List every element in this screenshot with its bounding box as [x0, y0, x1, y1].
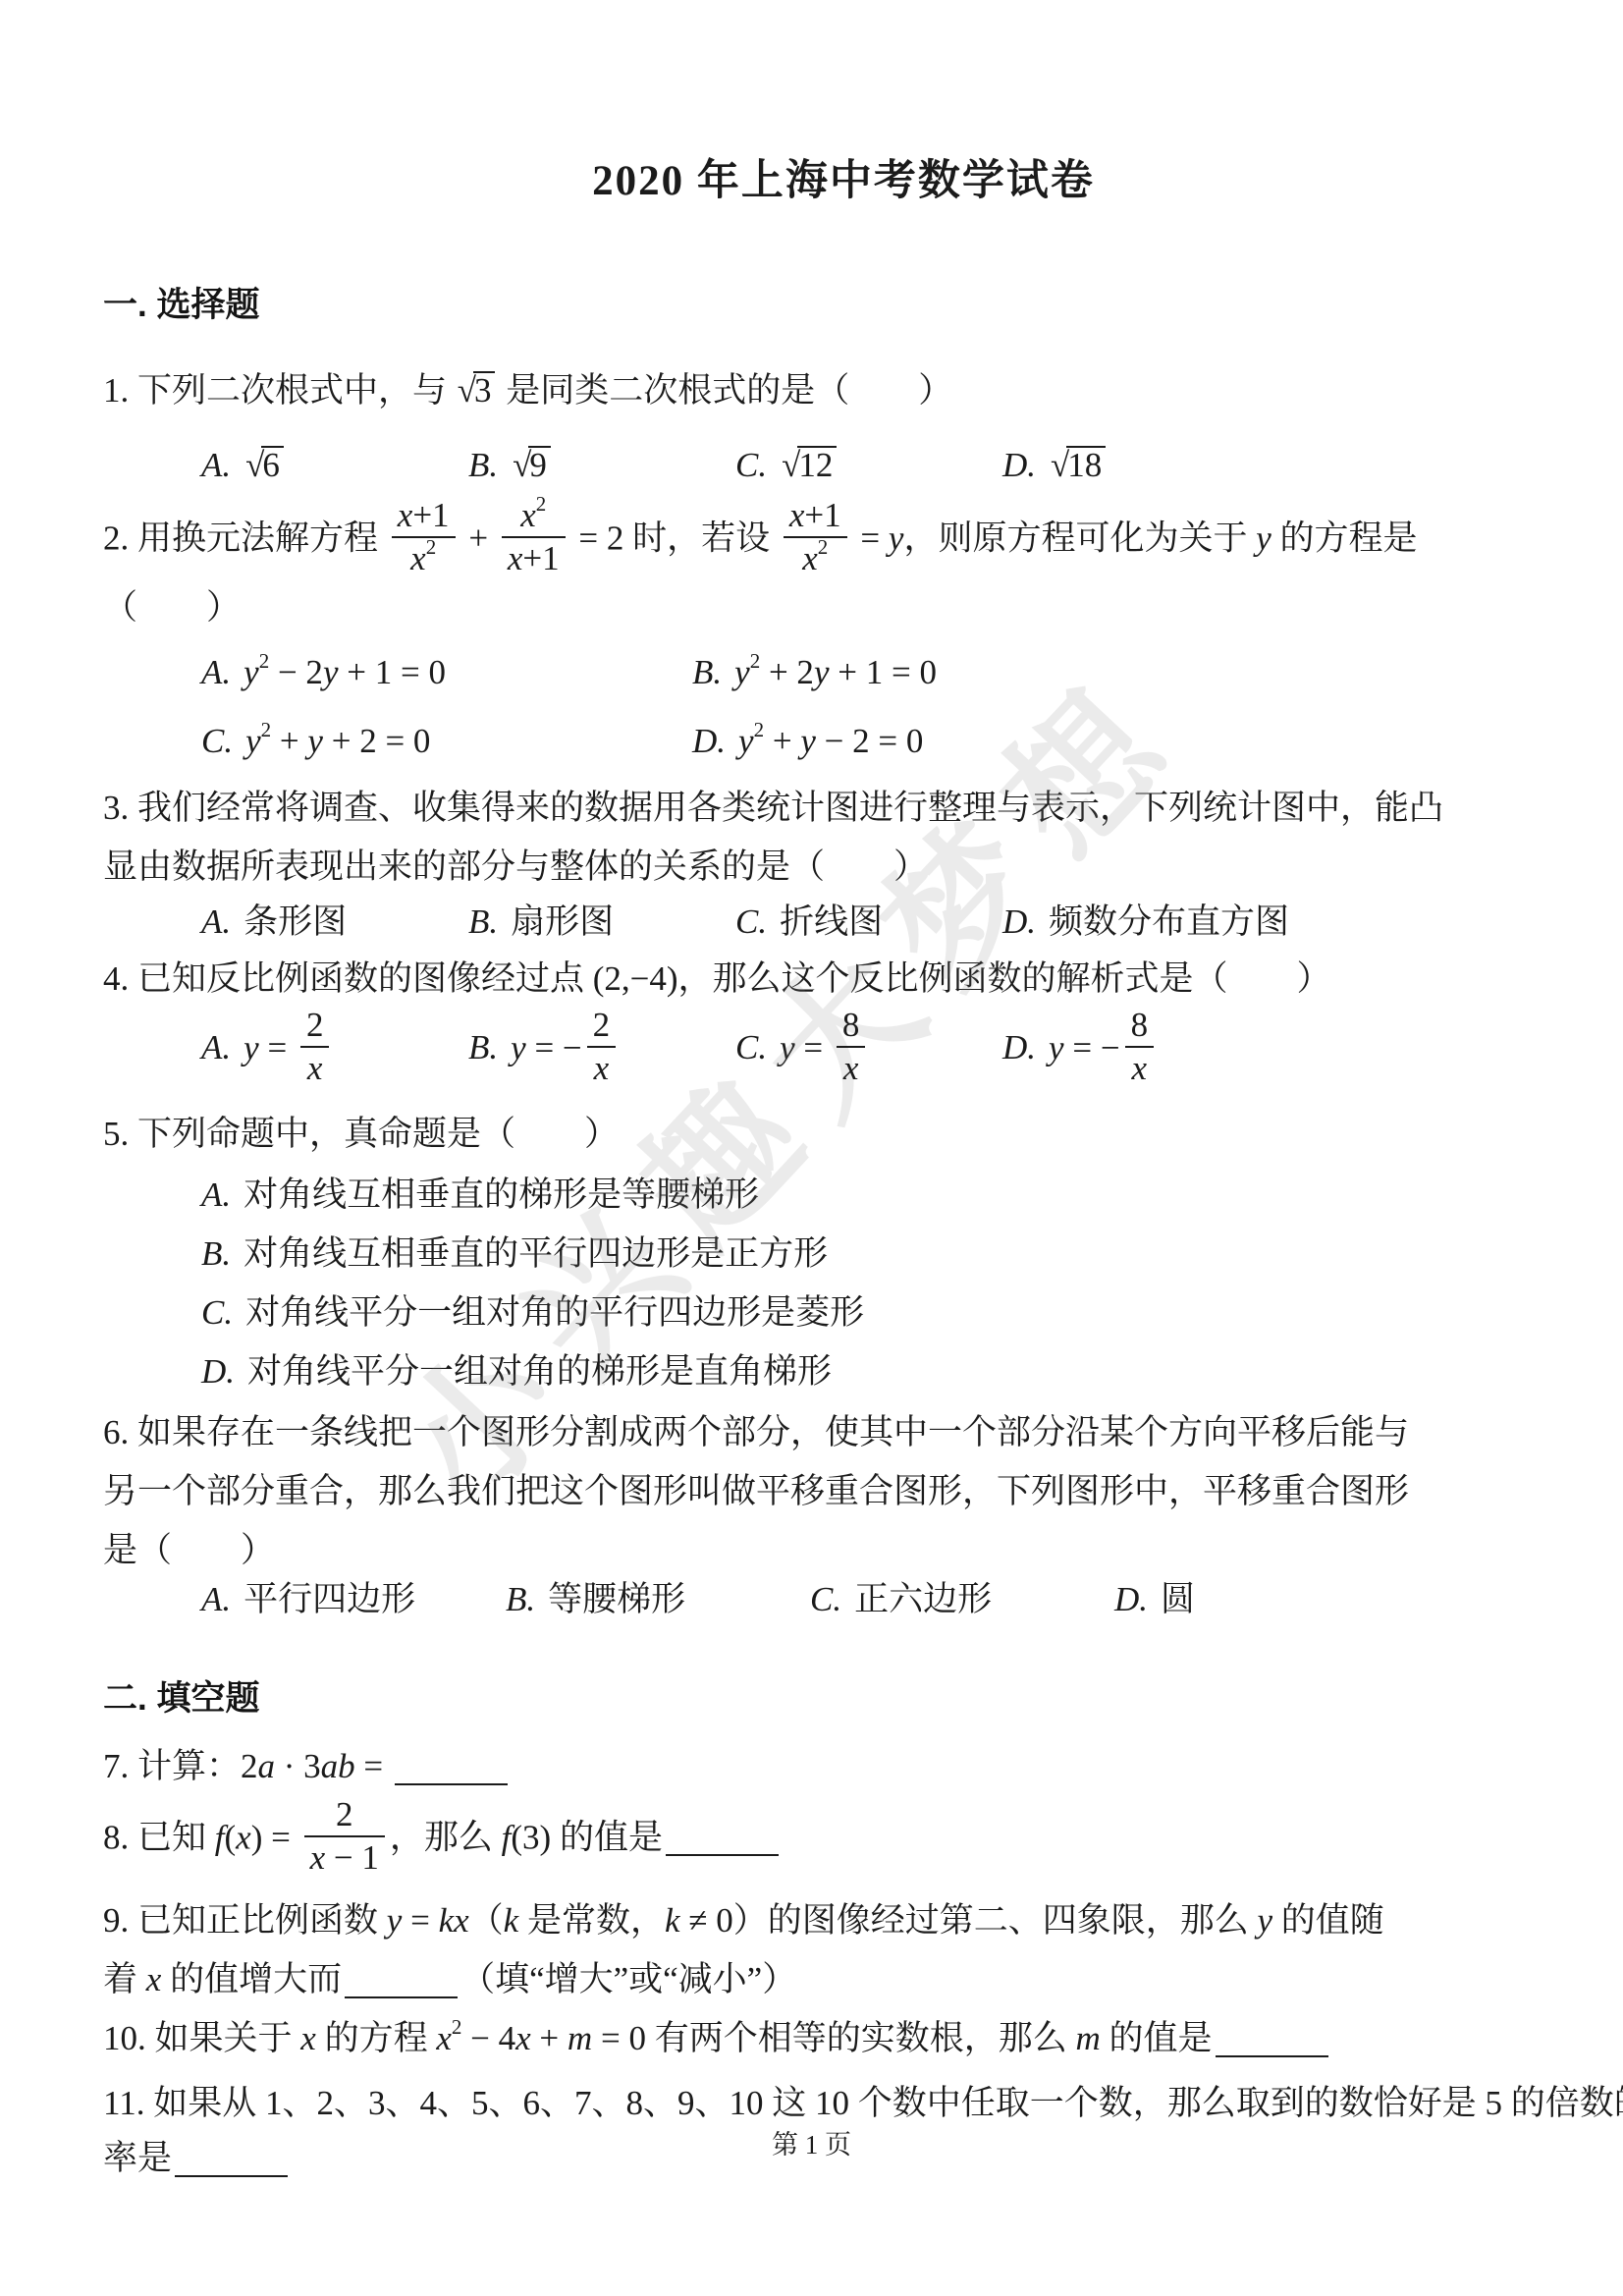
option-label: B.	[468, 1028, 498, 1066]
option-C: C.对角线平分一组对角的平行四边形是菱形	[201, 1288, 882, 1338]
option-A: A.√6	[201, 441, 468, 490]
answer-blank	[1216, 2024, 1328, 2057]
sqrt-radical: √6	[245, 446, 284, 482]
question-3: 3. 我们经常将调查、收集得来的数据用各类统计图进行整理与表示，下列统计图中，能…	[103, 784, 1584, 947]
q4-options-row: A.y = 2xB.y = −2xC.y = 8xD.y = −8x	[103, 1010, 1584, 1093]
fraction: 2x	[300, 1006, 330, 1089]
fraction: 8x	[1125, 1006, 1155, 1089]
sqrt-radical: √12	[782, 446, 837, 482]
q2-options-row: A.y2 − 2y + 1 = 0B.y2 + 2y + 1 = 0	[103, 648, 1584, 697]
option-label: B.	[692, 653, 722, 691]
question-4: 4. 已知反比例函数的图像经过点 (2,−4)，那么这个反比例函数的解析式是（ …	[103, 955, 1584, 1093]
q6-options-row: A.平行四边形B.等腰梯形C.正六边形D.圆	[103, 1575, 1584, 1624]
option-C: C.正六边形	[810, 1575, 1114, 1624]
option-label: B.	[201, 1234, 231, 1273]
q2-options-row: C.y2 + y + 2 = 0D.y2 + y − 2 = 0	[103, 717, 1584, 766]
q1-options-row: A.√6B.√9C.√12D.√18	[103, 441, 1584, 490]
option-label: C.	[201, 1293, 233, 1332]
q6-text-line: 是（ ）	[103, 1526, 1584, 1575]
option-label: D.	[1002, 446, 1036, 484]
question-2: 2. 用换元法解方程 x+1x2 + x2x+1 = 2 时，若设 x+1x2 …	[103, 500, 1584, 766]
option-C: C.y = 8x	[735, 1010, 1002, 1093]
q1-text-line: 1. 下列二次根式中，与 √3 是同类二次根式的是（ ）	[103, 366, 1584, 415]
option-label: B.	[468, 902, 498, 941]
option-B: B.对角线互相垂直的平行四边形是正方形	[201, 1230, 845, 1279]
fraction: x+1x2	[392, 496, 456, 579]
option-B: B.扇形图	[468, 898, 735, 947]
option-label: A.	[201, 902, 231, 941]
page-number: 第 1 页	[0, 2123, 1623, 2161]
q2-text-line: 2. 用换元法解方程 x+1x2 + x2x+1 = 2 时，若设 x+1x2 …	[103, 500, 1584, 583]
option-C: C.√12	[735, 441, 1002, 490]
option-label: A.	[201, 1175, 231, 1214]
option-label: D.	[1002, 902, 1036, 941]
option-label: C.	[810, 1580, 841, 1618]
q5-options-row: B.对角线互相垂直的平行四边形是正方形	[103, 1230, 1584, 1279]
question-1: 1. 下列二次根式中，与 √3 是同类二次根式的是（ ）A.√6B.√9C.√1…	[103, 366, 1584, 490]
q3-options-row: A.条形图B.扇形图C.折线图D.频数分布直方图	[103, 898, 1584, 947]
q9-text-line: 着 x 的值增大而（填“增大”或“减小”）	[103, 1955, 1584, 2004]
option-D: D.√18	[1002, 441, 1270, 490]
answer-blank	[666, 1823, 779, 1856]
option-B: B.y = −2x	[468, 1010, 735, 1093]
fraction: x2x+1	[502, 496, 566, 579]
fraction: 2x	[587, 1006, 617, 1089]
option-D: D.频数分布直方图	[1002, 898, 1307, 947]
option-D: D.圆	[1114, 1575, 1419, 1624]
q4-text-line: 4. 已知反比例函数的图像经过点 (2,−4)，那么这个反比例函数的解析式是（ …	[103, 955, 1584, 1004]
option-B: B.√9	[468, 441, 735, 490]
option-label: A.	[201, 653, 231, 691]
option-B: B.等腰梯形	[506, 1575, 810, 1624]
option-label: C.	[735, 902, 767, 941]
q6-text-line: 6. 如果存在一条线把一个图形分割成两个部分，使其中一个部分沿某个方向平移后能与	[103, 1408, 1584, 1457]
option-label: D.	[1002, 1028, 1036, 1066]
q5-options-row: A.对角线互相垂直的梯形是等腰梯形	[103, 1171, 1584, 1220]
option-A: A.y2 − 2y + 1 = 0	[201, 648, 692, 697]
q9-text-line: 9. 已知正比例函数 y = kx（k 是常数，k ≠ 0）的图像经过第二、四象…	[103, 1896, 1584, 1945]
option-label: B.	[506, 1580, 535, 1618]
option-label: D.	[1114, 1580, 1148, 1618]
option-C: C.y2 + y + 2 = 0	[201, 717, 692, 766]
option-A: A.平行四边形	[201, 1575, 506, 1624]
fraction: 8x	[837, 1006, 866, 1089]
exam-page: 小兴趣大梦想 2020 年上海中考数学试卷 一. 选择题 1. 下列二次根式中，…	[0, 0, 1623, 2296]
q3-text-line: 显由数据所表现出来的部分与整体的关系的是（ ）	[103, 843, 1584, 892]
question-9: 9. 已知正比例函数 y = kx（k 是常数，k ≠ 0）的图像经过第二、四象…	[103, 1896, 1584, 2004]
q5-options-row: D.对角线平分一组对角的梯形是直角梯形	[103, 1347, 1584, 1396]
option-label: C.	[735, 446, 767, 484]
sqrt-radical: √3	[458, 371, 496, 408]
page-title: 2020 年上海中考数学试卷	[103, 147, 1584, 207]
section-1-heading: 一. 选择题	[103, 278, 1584, 327]
option-label: A.	[201, 1028, 231, 1066]
question-5: 5. 下列命题中，真命题是（ ）A.对角线互相垂直的梯形是等腰梯形B.对角线互相…	[103, 1110, 1584, 1396]
answer-blank	[395, 1752, 508, 1785]
q3-text-line: 3. 我们经常将调查、收集得来的数据用各类统计图进行整理与表示，下列统计图中，能…	[103, 784, 1584, 833]
answer-blank	[345, 1965, 458, 1998]
sqrt-radical: √9	[513, 446, 551, 482]
q11-text-line: 11. 如果从 1、2、3、4、5、6、7、8、9、10 这 10 个数中任取一…	[103, 2079, 1584, 2128]
q7-text-line: 7. 计算：2a · 3ab =	[103, 1742, 1584, 1791]
fraction: 2x − 1	[304, 1795, 385, 1879]
q8-text-line: 8. 已知 f(x) = 2x − 1，那么 f(3) 的值是	[103, 1799, 1584, 1883]
q10-text-line: 10. 如果关于 x 的方程 x2 − 4x + m = 0 有两个相等的实数根…	[103, 2014, 1584, 2063]
option-label: D.	[201, 1352, 235, 1391]
option-C: C.折线图	[735, 898, 1002, 947]
option-B: B.y2 + 2y + 1 = 0	[692, 648, 1183, 697]
option-label: C.	[735, 1028, 767, 1066]
q2-text-line: （ ）	[103, 583, 1584, 632]
q5-text-line: 5. 下列命题中，真命题是（ ）	[103, 1110, 1584, 1159]
option-label: D.	[692, 722, 726, 760]
fraction: x+1x2	[784, 496, 847, 579]
q5-options-row: C.对角线平分一组对角的平行四边形是菱形	[103, 1288, 1584, 1338]
option-label: C.	[201, 722, 233, 760]
option-A: A.条形图	[201, 898, 468, 947]
question-8: 8. 已知 f(x) = 2x − 1，那么 f(3) 的值是	[103, 1799, 1584, 1883]
option-D: D.对角线平分一组对角的梯形是直角梯形	[201, 1347, 849, 1396]
option-D: D.y2 + y − 2 = 0	[692, 717, 1183, 766]
option-A: A.y = 2x	[201, 1010, 468, 1093]
option-label: A.	[201, 1580, 231, 1618]
option-label: B.	[468, 446, 498, 484]
option-A: A.对角线互相垂直的梯形是等腰梯形	[201, 1171, 777, 1220]
option-D: D.y = −8x	[1002, 1010, 1270, 1093]
option-label: A.	[201, 446, 231, 484]
section-2-heading: 二. 填空题	[103, 1671, 1584, 1721]
sqrt-radical: √18	[1051, 446, 1106, 482]
question-10: 10. 如果关于 x 的方程 x2 − 4x + m = 0 有两个相等的实数根…	[103, 2014, 1584, 2063]
question-7: 7. 计算：2a · 3ab =	[103, 1742, 1584, 1791]
q6-text-line: 另一个部分重合，那么我们把这个图形叫做平移重合图形，下列图形中，平移重合图形	[103, 1467, 1584, 1516]
question-6: 6. 如果存在一条线把一个图形分割成两个部分，使其中一个部分沿某个方向平移后能与…	[103, 1408, 1584, 1624]
